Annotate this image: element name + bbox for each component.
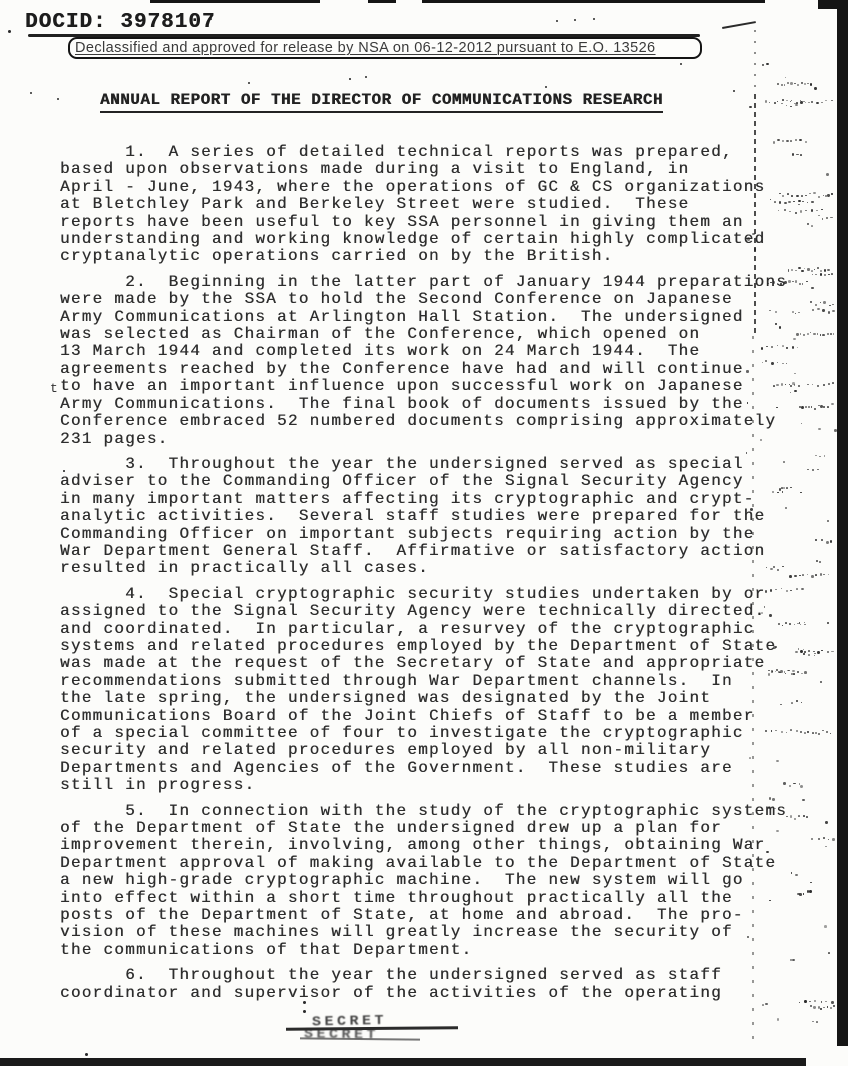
scan-noise-dot xyxy=(807,333,809,334)
scan-noise-dot xyxy=(794,384,795,385)
scan-noise-dot xyxy=(805,102,806,103)
fold-dashed-line xyxy=(754,94,756,336)
scan-noise-dot xyxy=(779,201,781,204)
scan-noise-dot xyxy=(829,305,831,307)
scan-noise-dot xyxy=(823,195,824,196)
scan-noise-dot xyxy=(800,785,803,788)
scan-noise-dot xyxy=(800,731,802,733)
scan-noise-dot xyxy=(832,382,833,384)
scan-noise-dot xyxy=(827,194,829,196)
scan-noise-dot xyxy=(797,84,799,86)
scan-noise-dot xyxy=(768,673,770,676)
scan-noise-dot xyxy=(811,838,813,840)
scan-noise-dot xyxy=(823,406,825,407)
scan-noise-dot xyxy=(799,893,801,896)
scan-noise-dot xyxy=(807,574,808,575)
scan-noise-dot xyxy=(789,623,791,625)
scan-noise-dot xyxy=(831,1001,834,1004)
scan-noise-dot xyxy=(820,273,823,276)
scan-noise-dot xyxy=(770,589,772,591)
scan-noise-dot xyxy=(793,201,795,203)
scan-noise-dot xyxy=(786,105,787,106)
scan-noise-dot xyxy=(798,312,799,313)
scan-noise-dot xyxy=(765,1003,767,1005)
scan-noise-dot xyxy=(814,655,815,656)
scan-noise-dot xyxy=(811,287,813,290)
scan-noise-dot xyxy=(811,406,812,408)
declassification-banner-text: Declassified and approved for release by… xyxy=(75,40,656,56)
scan-noise-dot xyxy=(792,670,795,672)
scan-noise-dot xyxy=(823,574,825,575)
scan-noise-dot xyxy=(831,651,833,653)
scan-noise-dot xyxy=(784,84,785,85)
scan-noise-dot xyxy=(769,102,770,104)
scan-noise-dot xyxy=(824,269,827,272)
scan-noise-dot xyxy=(796,730,798,732)
scan-noise-dot xyxy=(812,274,814,275)
scan-noise-dot xyxy=(810,882,812,883)
scan-noise-dot xyxy=(800,492,801,494)
scan-noise-dot xyxy=(817,651,820,654)
scan-noise-dot xyxy=(822,309,825,312)
scan-noise-dot xyxy=(815,455,817,457)
scan-noise-dot xyxy=(823,301,826,304)
scan-noise-dot xyxy=(794,373,795,374)
scan-noise-dot xyxy=(828,311,830,314)
scan-noise-dot xyxy=(773,141,775,144)
scan-noise-dot xyxy=(825,100,826,101)
scan-noise-dot xyxy=(821,209,823,210)
scan-noise-dot xyxy=(798,385,801,388)
scan-noise-dot xyxy=(827,520,829,522)
scan-edge-top xyxy=(368,0,396,3)
scan-noise-dot xyxy=(774,102,777,104)
paragraph-4: 4. Special cryptographic security studie… xyxy=(60,586,790,795)
scan-noise-dot xyxy=(825,195,827,197)
scan-noise-dot xyxy=(784,202,787,204)
scan-noise-dot xyxy=(770,568,773,570)
scan-noise-dot xyxy=(806,281,808,282)
scan-noise-dot xyxy=(807,469,809,470)
scan-noise-dot xyxy=(800,650,803,653)
scan-noise-dot xyxy=(817,385,820,387)
scan-noise-dot xyxy=(782,140,784,142)
scan-noise-dot xyxy=(803,649,804,650)
scan-noise-dot xyxy=(800,333,801,334)
scan-speck xyxy=(248,82,250,84)
scan-noise-dot xyxy=(810,1005,811,1006)
scan-noise-dot xyxy=(813,1006,815,1008)
scan-noise-dot xyxy=(785,77,786,78)
scan-noise-dot xyxy=(792,281,794,283)
scan-noise-dot xyxy=(824,925,827,928)
document-title: ANNUAL REPORT OF THE DIRECTOR OF COMMUNI… xyxy=(100,91,663,113)
scan-noise-dot xyxy=(766,851,769,853)
scan-noise-dot xyxy=(775,311,777,313)
scan-noise-dot xyxy=(800,624,801,625)
scan-speck xyxy=(210,18,212,20)
scan-noise-dot xyxy=(808,650,810,652)
scan-noise-dot xyxy=(828,574,829,575)
scan-noise-dot xyxy=(782,625,783,626)
scan-noise-dot xyxy=(802,574,804,576)
scan-noise-dot xyxy=(778,210,779,211)
scan-noise-dot xyxy=(766,63,769,65)
scan-noise-dot xyxy=(809,1001,811,1002)
scan-noise-dot xyxy=(795,104,797,106)
scan-noise-dot xyxy=(787,82,789,84)
scan-noise-dot xyxy=(780,283,782,285)
scan-noise-dot xyxy=(815,539,817,541)
scan-noise-dot xyxy=(820,573,822,575)
scan-noise-dot xyxy=(801,423,802,424)
scan-noise-dot xyxy=(815,274,817,275)
scan-noise-dot xyxy=(811,201,813,204)
scan-noise-dot xyxy=(815,732,817,734)
scan-noise-dot xyxy=(802,799,804,801)
scan-noise-dot xyxy=(790,815,792,817)
scan-speck xyxy=(303,1001,306,1004)
scan-noise-dot xyxy=(790,82,793,85)
scan-noise-dot xyxy=(801,673,803,675)
scan-noise-dot xyxy=(814,269,816,271)
scan-noise-dot xyxy=(819,456,821,457)
scan-noise-dot xyxy=(825,821,828,824)
scan-noise-dot xyxy=(818,196,820,198)
scan-noise-dot xyxy=(825,1001,826,1002)
scan-noise-dot xyxy=(769,614,772,617)
scan-edge-top xyxy=(422,0,765,3)
scan-noise-dot xyxy=(754,248,756,250)
scan-noise-dot xyxy=(798,200,801,203)
scan-noise-dot xyxy=(830,540,832,543)
scan-noise-dot xyxy=(827,651,829,654)
scan-noise-dot xyxy=(777,139,780,141)
scan-noise-dot xyxy=(798,815,800,817)
scan-noise-dot xyxy=(797,671,799,673)
scan-noise-dot xyxy=(765,360,767,361)
scan-noise-dot xyxy=(790,101,791,102)
scan-noise-dot xyxy=(777,283,779,285)
scan-speck xyxy=(556,20,558,22)
scan-noise-dot xyxy=(781,84,783,86)
scan-noise-dot xyxy=(777,83,779,85)
scan-noise-dot xyxy=(776,407,778,408)
scan-noise-dot xyxy=(827,333,829,335)
scan-noise-dot xyxy=(775,323,777,324)
scan-noise-dot xyxy=(761,347,763,350)
scan-noise-dot xyxy=(774,201,776,203)
scan-noise-dot xyxy=(816,560,818,562)
scan-noise-dot xyxy=(817,308,820,310)
secret-stamp: SECRET SECRET xyxy=(280,1010,465,1052)
scan-noise-dot xyxy=(800,101,802,104)
scan-noise-dot xyxy=(827,622,829,624)
scan-speck xyxy=(85,1053,88,1056)
scan-noise-dot xyxy=(785,622,787,624)
scan-noise-dot xyxy=(802,283,804,285)
scan-noise-dot xyxy=(828,839,829,840)
scan-noise-dot xyxy=(794,83,796,84)
scan-noise-dot xyxy=(790,590,792,592)
scan-noise-dot xyxy=(806,816,808,818)
scan-noise-dot xyxy=(818,838,820,840)
scan-noise-dot xyxy=(821,102,823,103)
scan-noise-dot xyxy=(815,304,817,306)
scan-noise-dot xyxy=(791,269,794,271)
scan-noise-dot xyxy=(811,209,813,211)
scan-noise-dot xyxy=(824,455,826,457)
document-page: DOCID: 3978107 Declassified and approved… xyxy=(0,0,848,1066)
scan-noise-dot xyxy=(820,1008,822,1009)
declassification-banner: Declassified and approved for release by… xyxy=(68,37,702,59)
scan-noise-dot xyxy=(786,100,788,101)
scan-noise-dot xyxy=(778,623,780,625)
scan-noise-dot xyxy=(832,838,835,841)
scan-noise-dot xyxy=(828,383,830,385)
scan-noise-dot xyxy=(810,83,813,86)
scan-noise-dot xyxy=(796,333,798,335)
scan-edge-right xyxy=(837,0,848,1046)
scan-noise-dot xyxy=(793,338,796,340)
scan-noise-dot xyxy=(799,575,801,577)
scan-noise-dot xyxy=(793,783,796,785)
scan-noise-dot xyxy=(804,83,807,85)
paragraph-5: 5. In connection with the study of the c… xyxy=(60,803,790,960)
scan-noise-dot xyxy=(796,700,798,703)
scan-noise-dot xyxy=(819,561,820,563)
scan-noise-dot xyxy=(807,223,809,224)
scan-noise-dot xyxy=(800,210,802,213)
scan-noise-dot xyxy=(805,210,807,212)
scan-speck xyxy=(680,63,682,65)
scan-noise-dot xyxy=(795,651,797,653)
scan-noise-dot xyxy=(789,575,791,578)
scan-noise-dot xyxy=(777,362,778,363)
scan-noise-dot xyxy=(795,270,797,271)
scan-noise-dot xyxy=(817,333,819,335)
scan-noise-dot xyxy=(817,469,819,471)
scan-noise-dot xyxy=(781,731,783,733)
scan-noise-dot xyxy=(801,270,803,273)
scan-noise-dot xyxy=(798,267,800,269)
scan-noise-dot xyxy=(781,103,783,104)
scan-noise-dot xyxy=(803,334,806,336)
scan-noise-dot xyxy=(804,268,805,269)
scan-noise-dot xyxy=(790,729,792,731)
scan-edge-corner xyxy=(818,0,848,9)
scan-edge-top xyxy=(150,0,320,3)
scan-noise-dot xyxy=(831,100,834,102)
scan-noise-dot xyxy=(782,345,784,347)
scan-noise-dot xyxy=(746,370,749,372)
scan-noise-dot xyxy=(750,508,753,511)
scan-noise-dot xyxy=(810,301,812,302)
scan-noise-dot xyxy=(816,210,817,212)
scan-noise-dot xyxy=(795,139,797,141)
scan-noise-dot xyxy=(808,654,810,656)
scan-noise-dot xyxy=(822,730,824,731)
scan-noise-dot xyxy=(747,237,750,240)
scan-noise-dot xyxy=(816,102,819,104)
scan-edge-bottom xyxy=(0,1058,806,1066)
scan-noise-dot xyxy=(830,333,832,335)
scan-noise-dot xyxy=(823,837,825,839)
scan-noise-dot xyxy=(812,384,813,385)
scan-noise-dot xyxy=(809,890,811,892)
scan-speck xyxy=(57,98,59,100)
scan-noise-dot xyxy=(790,487,792,489)
scan-noise-dot xyxy=(814,408,816,410)
scan-noise-dot xyxy=(821,539,823,541)
scan-speck xyxy=(63,470,65,472)
scan-noise-dot xyxy=(821,1001,823,1003)
scan-noise-dot xyxy=(792,346,794,348)
paragraph-6: 6. Throughout the year the undersigned s… xyxy=(60,967,790,1002)
scan-noise-dot xyxy=(830,733,831,734)
scan-noise-dot xyxy=(824,274,826,276)
scan-noise-dot xyxy=(803,815,806,817)
scan-noise-dot xyxy=(807,202,809,203)
scan-noise-dot xyxy=(828,952,830,954)
scan-speck xyxy=(365,76,367,78)
scan-noise-dot xyxy=(821,650,823,652)
scan-noise-dot xyxy=(826,731,828,732)
scan-noise-dot xyxy=(772,798,775,801)
scan-noise-dot xyxy=(813,192,815,194)
scan-noise-dot xyxy=(818,428,820,430)
scan-noise-dot xyxy=(805,195,806,197)
scan-noise-dot xyxy=(827,269,829,271)
scan-noise-dot xyxy=(801,406,804,409)
scan-noise-dot xyxy=(790,106,791,107)
scan-speck xyxy=(303,1010,306,1013)
scan-noise-dot xyxy=(801,82,804,84)
scan-noise-dot xyxy=(798,648,799,649)
scan-noise-dot xyxy=(818,215,820,216)
scan-noise-dot xyxy=(800,154,802,156)
scan-noise-dot xyxy=(833,333,835,335)
scan-noise-dot xyxy=(773,646,776,649)
scan-noise-dot xyxy=(796,588,798,590)
scan-noise-dot xyxy=(820,270,822,272)
scan-noise-dot xyxy=(794,390,796,392)
scan-noise-dot xyxy=(809,193,810,194)
scan-noise-dot xyxy=(797,347,798,348)
scan-noise-dot xyxy=(801,702,802,703)
scan-noise-dot xyxy=(796,154,798,156)
scan-noise-dot xyxy=(831,403,834,405)
scan-noise-dot xyxy=(817,267,819,269)
scan-speck xyxy=(88,222,90,224)
scan-stray-mark xyxy=(722,21,756,29)
scan-noise-dot xyxy=(777,1018,779,1020)
scan-noise-dot xyxy=(783,782,785,785)
scan-noise-dot xyxy=(801,588,804,590)
scan-noise-dot xyxy=(786,140,789,142)
scan-noise-dot xyxy=(828,274,830,276)
scan-noise-dot xyxy=(811,575,814,578)
scan-noise-dot xyxy=(793,673,794,675)
scan-noise-dot xyxy=(805,406,807,408)
scan-noise-dot xyxy=(834,429,837,432)
scan-noise-dot xyxy=(811,101,813,103)
scan-noise-dot xyxy=(779,193,780,194)
scan-noise-dot xyxy=(792,311,794,313)
scan-noise-dot xyxy=(792,959,794,961)
scan-noise-dot xyxy=(818,733,820,735)
scan-noise-dot xyxy=(801,195,803,197)
scan-noise-dot xyxy=(816,1021,818,1023)
scan-noise-dot xyxy=(786,816,787,817)
scan-noise-dot xyxy=(820,681,822,683)
scan-noise-dot xyxy=(762,64,764,66)
scan-noise-dot xyxy=(771,346,773,348)
scan-noise-dot xyxy=(792,382,795,385)
scan-noise-dot xyxy=(804,624,805,625)
scan-noise-dot xyxy=(771,730,772,731)
scan-noise-dot xyxy=(823,1007,825,1009)
scan-noise-dot xyxy=(791,195,793,197)
scan-noise-dot xyxy=(804,622,805,623)
scan-noise-dot xyxy=(794,624,796,625)
scan-noise-dot xyxy=(812,732,814,734)
scan-noise-dot xyxy=(822,218,823,219)
scan-noise-dot xyxy=(790,392,791,393)
scan-noise-dot xyxy=(826,217,828,219)
scan-noise-dot xyxy=(777,101,778,102)
scan-noise-dot xyxy=(815,574,817,576)
scan-noise-dot xyxy=(799,139,802,141)
scan-noise-dot xyxy=(825,846,827,848)
scan-noise-dot xyxy=(812,1021,814,1022)
scan-noise-dot xyxy=(803,653,805,655)
scan-noise-dot xyxy=(795,874,797,876)
paragraph-1: 1. A series of detailed technical report… xyxy=(60,144,790,266)
scan-noise-dot xyxy=(812,309,814,310)
scan-noise-dot xyxy=(795,313,796,314)
scan-speck xyxy=(733,90,735,92)
scan-noise-dot xyxy=(794,818,796,821)
scan-noise-dot xyxy=(790,385,792,387)
scan-noise-dot xyxy=(749,106,751,108)
scan-noise-dot xyxy=(765,100,767,103)
scan-noise-dot xyxy=(812,469,814,471)
scan-noise-dot xyxy=(791,702,793,704)
scan-noise-dot xyxy=(832,304,834,306)
scan-noise-dot xyxy=(820,334,821,335)
scan-noise-dot xyxy=(827,1006,829,1008)
scan-noise-dot xyxy=(820,302,822,304)
scan-noise-dot xyxy=(772,491,774,492)
scan-noise-dot xyxy=(833,1005,836,1007)
scan-noise-dot xyxy=(807,731,809,732)
scan-stray-mark: t xyxy=(50,381,58,396)
scan-noise-dot xyxy=(808,102,810,103)
scan-noise-dot xyxy=(782,99,784,101)
scan-noise-dot xyxy=(814,1000,816,1002)
scan-noise-dot xyxy=(813,333,816,336)
scan-noise-dot xyxy=(776,384,778,386)
scan-noise-dot xyxy=(792,153,794,155)
docid-header: DOCID: 3978107 xyxy=(25,11,215,34)
scan-noise-dot xyxy=(804,1000,806,1003)
paragraph-3: 3. Throughout the year the undersigned s… xyxy=(60,456,790,578)
scan-noise-dot xyxy=(796,195,798,197)
document-body: 1. A series of detailed technical report… xyxy=(60,144,790,1010)
scan-noise-dot xyxy=(768,670,769,671)
fold-dashed-line xyxy=(754,30,756,94)
